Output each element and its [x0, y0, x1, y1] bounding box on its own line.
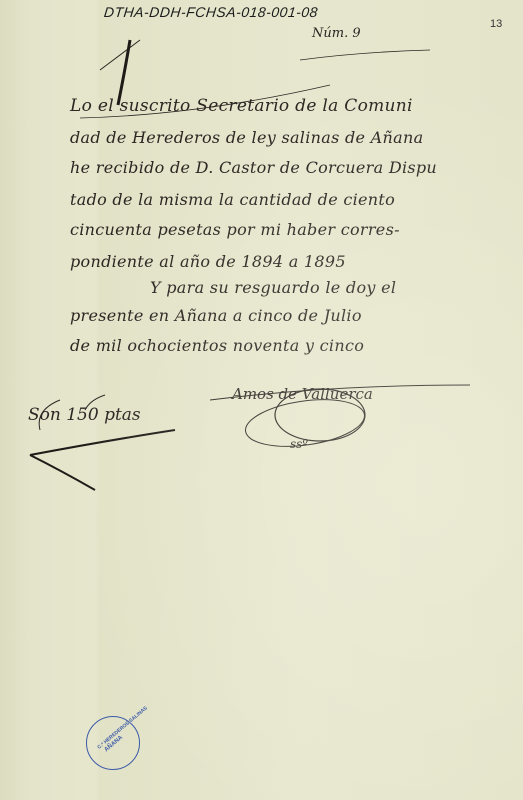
signature-rubric: ssº: [290, 437, 308, 451]
body-line-3: he recibido de D. Castor de Corcuera Dis…: [70, 158, 437, 177]
body-line-6: pondiente al año de 1894 a 1895: [70, 252, 346, 271]
body-line-1: Lo el suscrito Secretario de la Comuni: [70, 96, 413, 116]
body-line-5: cincuenta pesetas por mi haber corres-: [70, 220, 400, 239]
body-line-2: dad de Herederos de ley salinas de Añana: [70, 128, 423, 147]
archive-stamp: C.ª HEREDEROS SALINAS AÑANA: [86, 716, 140, 770]
amount-note: Son 150 ptas: [28, 405, 141, 425]
signature: Amos de Valluerca: [232, 385, 373, 403]
body-line-8: presente en Añana a cinco de Julio: [70, 306, 362, 325]
document-page: DTHA-DDH-FCHSA-018-001-08 13 Núm. 9 Lo e…: [0, 0, 523, 800]
body-line-4: tado de la misma la cantidad de ciento: [70, 190, 395, 209]
body-line-7: Y para su resguardo le doy el: [150, 278, 396, 297]
body-line-9: de mil ochocientos noventa y cinco: [70, 336, 364, 355]
